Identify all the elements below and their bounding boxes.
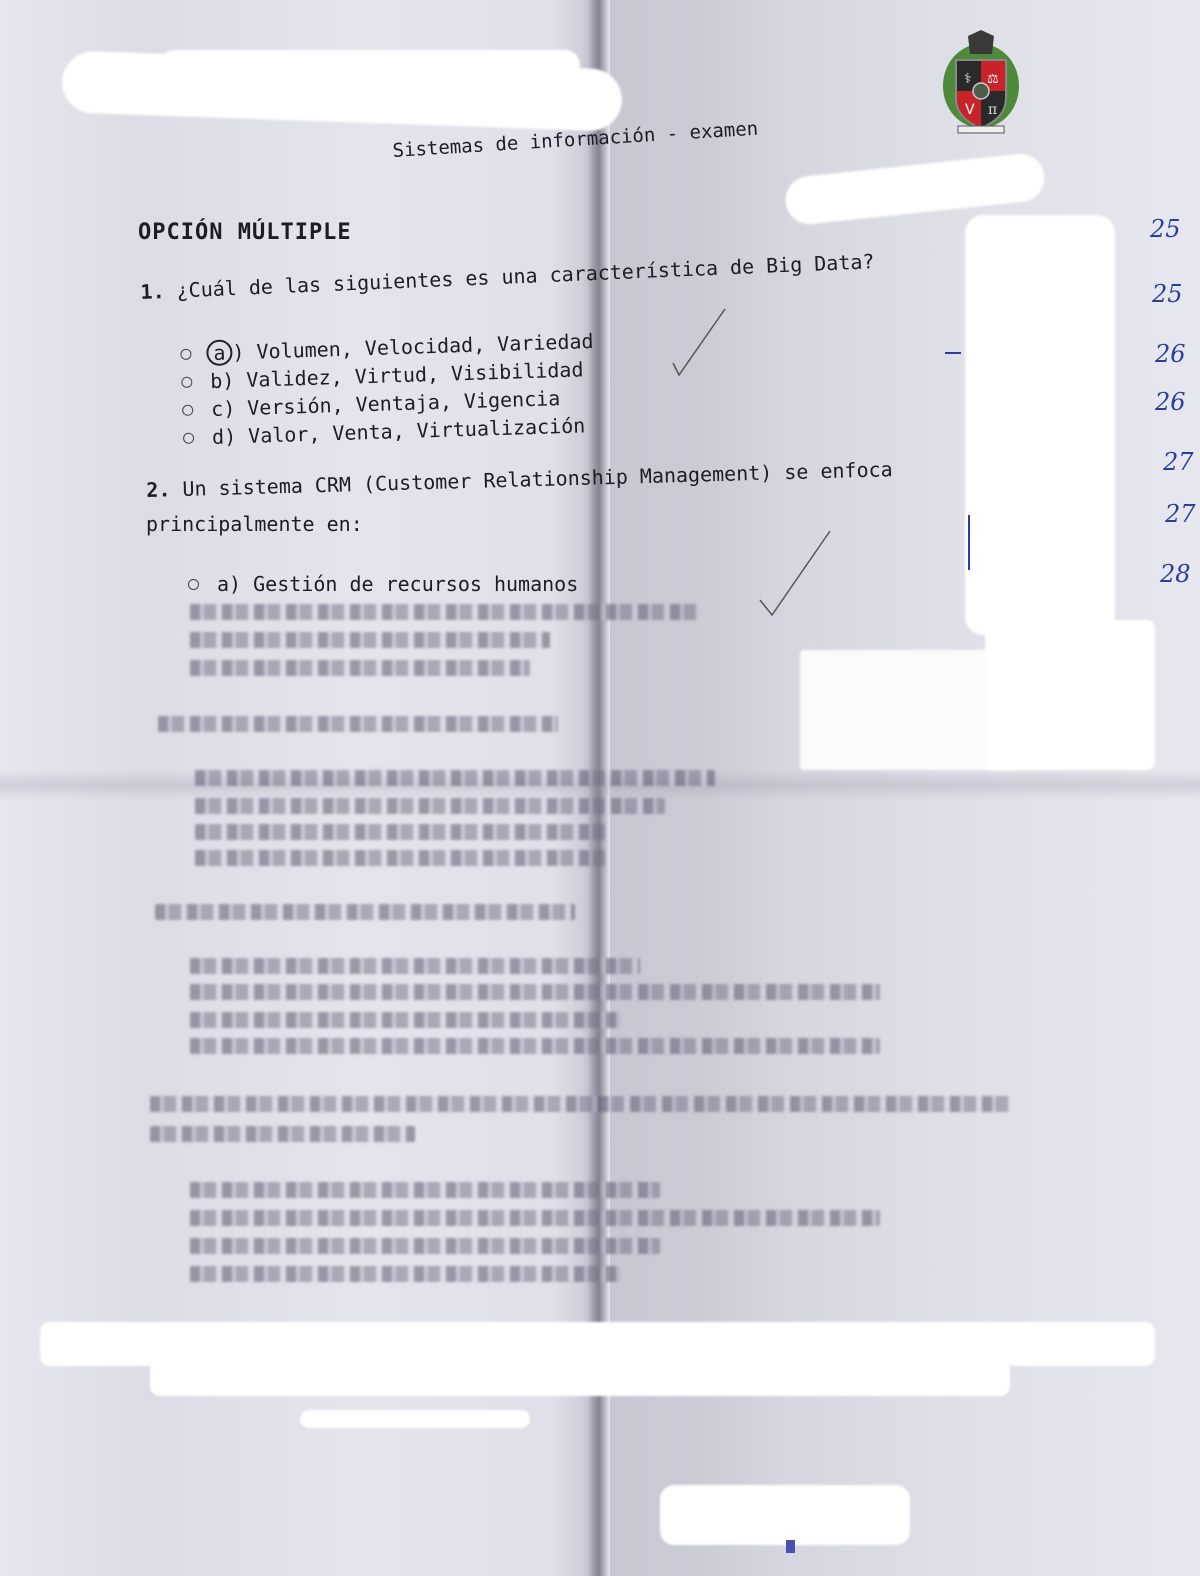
svg-text:⚖: ⚖ (987, 72, 999, 87)
option-a[interactable]: a) Gestión de recursos humanos (188, 570, 578, 598)
margin-score: 27 (1163, 448, 1194, 476)
selected-answer-circle: a (206, 339, 233, 366)
svg-text:π: π (988, 102, 997, 118)
svg-text:V: V (965, 102, 975, 118)
option-letter: d) (212, 422, 237, 451)
check-mark-icon (750, 525, 840, 620)
redacted-margin-notes (965, 215, 1115, 635)
pen-bracket (968, 515, 970, 570)
university-coat-of-arms-icon: ⚕ ⚖ V π (940, 28, 1022, 136)
option-text: Gestión de recursos humanos (253, 570, 578, 598)
check-mark-icon (665, 305, 735, 380)
section-heading: OPCIÓN MÚLTIPLE (138, 220, 352, 245)
margin-score: 25 (1152, 280, 1183, 308)
option-bullet (183, 432, 194, 443)
question-1-options: a) Volumen, Velocidad, Variedad b) Valid… (180, 327, 597, 452)
question-2-line-2: principalmente en: (146, 512, 363, 536)
pen-mark (786, 1540, 795, 1553)
option-bullet (182, 404, 193, 415)
margin-score: 28 (1160, 560, 1191, 588)
pen-dash (945, 352, 961, 354)
question-number: 2. (146, 477, 171, 502)
option-bullet (181, 376, 192, 387)
margin-score: 26 (1155, 388, 1186, 416)
margin-score: 25 (1150, 215, 1181, 243)
margin-score: 26 (1155, 340, 1186, 368)
redacted-signature (660, 1485, 910, 1545)
option-bullet (188, 579, 199, 590)
redacted-footer-3 (300, 1410, 530, 1428)
option-letter: c) (211, 394, 236, 423)
redacted-footer-2 (150, 1360, 1010, 1396)
margin-score: 27 (1165, 500, 1196, 528)
redacted-pixel-block (800, 650, 1020, 770)
question-2-options: a) Gestión de recursos humanos (188, 570, 578, 598)
svg-text:⚕: ⚕ (964, 71, 972, 87)
question-number: 1. (140, 279, 165, 304)
redacted-header-info-2 (160, 50, 580, 80)
option-letter: a) (217, 570, 241, 598)
option-bullet (180, 348, 191, 359)
option-letter: b) (210, 366, 235, 395)
